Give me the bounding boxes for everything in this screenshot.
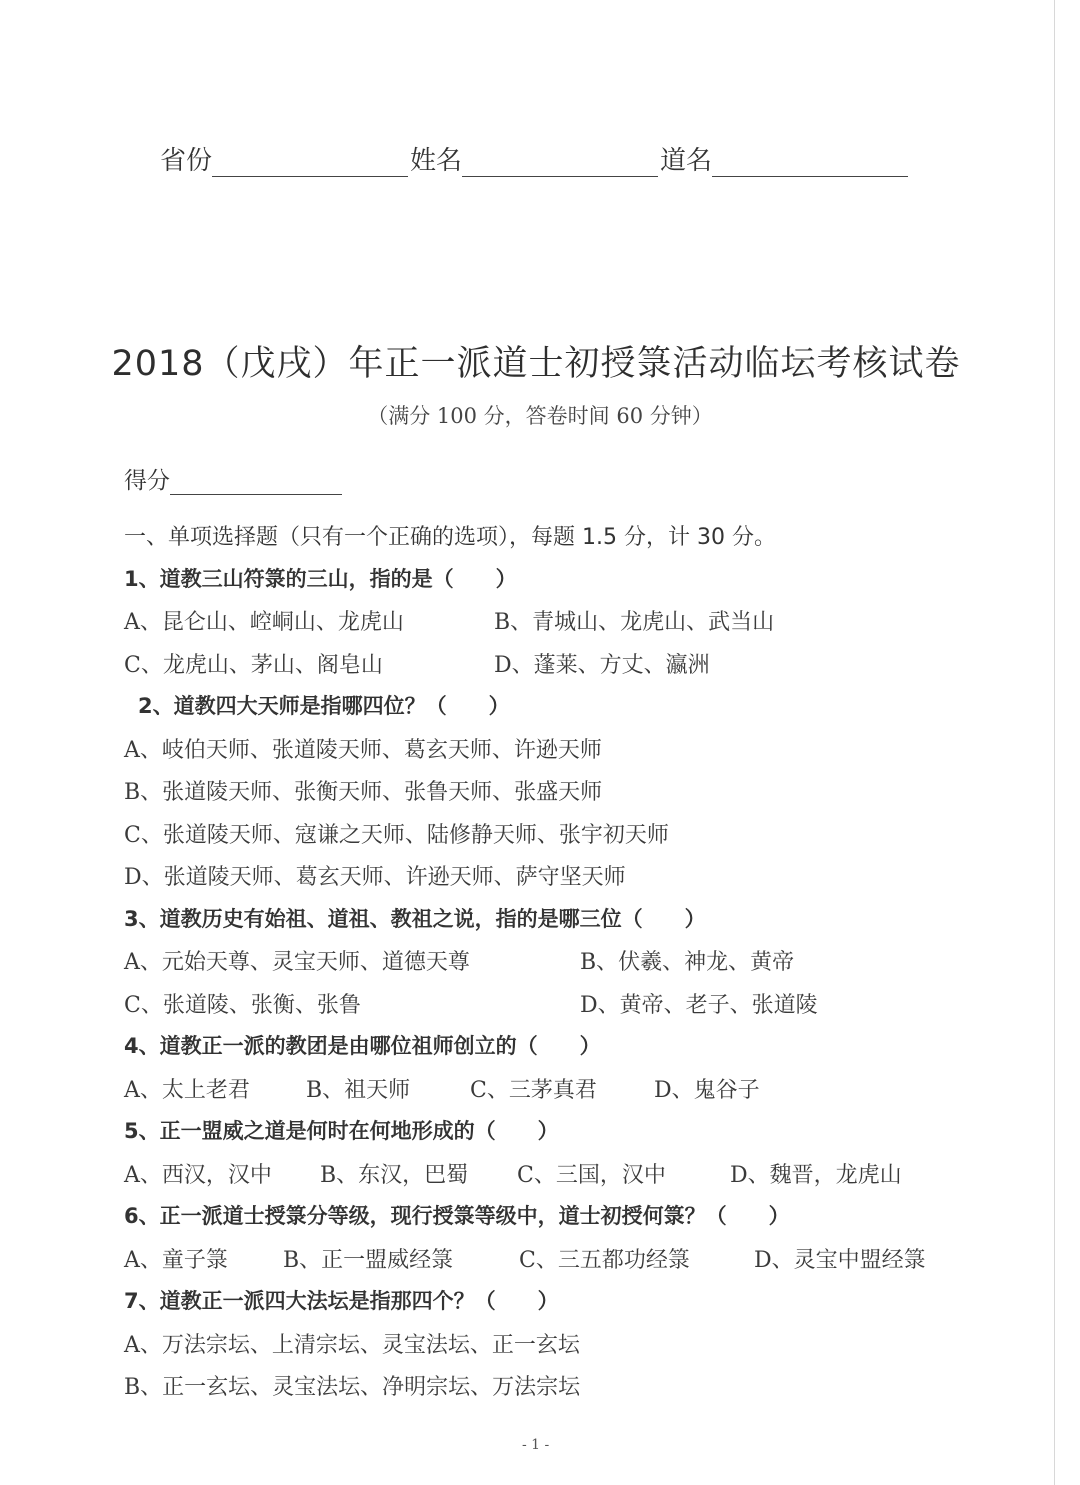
name-label: 姓名 bbox=[410, 140, 462, 177]
page-number: - 1 - bbox=[522, 1437, 549, 1453]
q5-option-b: B、东汉，巴蜀 bbox=[320, 1158, 468, 1189]
score-label: 得分 bbox=[124, 462, 170, 495]
q7-option-b: B、正一玄坛、灵宝法坛、净明宗坛、万法宗坛 bbox=[124, 1370, 580, 1401]
q7-option-a: A、万法宗坛、上清宗坛、灵宝法坛、正一玄坛 bbox=[124, 1328, 580, 1359]
dao-name-field[interactable] bbox=[712, 148, 908, 177]
question-1: 1、道教三山符箓的三山，指的是（ ） bbox=[124, 563, 517, 593]
question-7: 7、道教正一派四大法坛是指那四个？（ ） bbox=[124, 1285, 559, 1315]
page-title: 2018（戊戌）年正一派道士初授箓活动临坛考核试卷 bbox=[0, 336, 1072, 386]
q3-option-c: C、张道陵、张衡、张鲁 bbox=[124, 988, 361, 1019]
q1-option-b: B、青城山、龙虎山、武当山 bbox=[494, 605, 774, 636]
q1-option-a: A、昆仑山、崆峒山、龙虎山 bbox=[124, 605, 404, 636]
page-edge-line bbox=[1054, 0, 1055, 1485]
q5-option-d: D、魏晋，龙虎山 bbox=[730, 1158, 902, 1189]
exam-subtitle: （满分 100 分，答卷时间 60 分钟） bbox=[0, 400, 1080, 430]
q2-option-a: A、岐伯天师、张道陵天师、葛玄天师、许逊天师 bbox=[124, 733, 602, 764]
question-3: 3、道教历史有始祖、道祖、教祖之说，指的是哪三位（ ） bbox=[124, 903, 706, 933]
question-6: 6、正一派道士授箓分等级，现行授箓等级中，道士初授何箓？（ ） bbox=[124, 1200, 790, 1230]
name-field[interactable] bbox=[462, 148, 658, 177]
q4-option-b: B、祖天师 bbox=[306, 1073, 410, 1104]
question-2: 2、道教四大天师是指哪四位？（ ） bbox=[138, 690, 510, 720]
q5-option-a: A、西汉，汉中 bbox=[124, 1158, 272, 1189]
q2-option-b: B、张道陵天师、张衡天师、张鲁天师、张盛天师 bbox=[124, 775, 602, 806]
question-4: 4、道教正一派的教团是由哪位祖师创立的（ ） bbox=[124, 1030, 601, 1060]
q5-option-c: C、三国，汉中 bbox=[517, 1158, 666, 1189]
q3-option-d: D、黄帝、老子、张道陵 bbox=[580, 988, 818, 1019]
score-row: 得分 bbox=[124, 462, 344, 495]
dao-name-label: 道名 bbox=[660, 140, 712, 177]
q6-option-b: B、正一盟威经箓 bbox=[283, 1243, 453, 1274]
q3-option-a: A、元始天尊、灵宝天师、道德天尊 bbox=[124, 945, 470, 976]
q1-option-d: D、蓬莱、方丈、瀛洲 bbox=[494, 648, 710, 679]
q6-option-d: D、灵宝中盟经箓 bbox=[754, 1243, 926, 1274]
score-field[interactable] bbox=[170, 470, 342, 495]
q2-option-c: C、张道陵天师、寇谦之天师、陆修静天师、张宇初天师 bbox=[124, 818, 669, 849]
q2-option-d: D、张道陵天师、葛玄天师、许逊天师、萨守坚天师 bbox=[124, 860, 626, 891]
province-field[interactable] bbox=[212, 148, 408, 177]
header-fields: 省份 姓名 道名 bbox=[160, 140, 910, 177]
section-heading: 一、单项选择题（只有一个正确的选项），每题 1.5 分，计 30 分。 bbox=[124, 520, 776, 551]
province-label: 省份 bbox=[160, 140, 212, 177]
q3-option-b: B、伏羲、神龙、黄帝 bbox=[580, 945, 794, 976]
q4-option-a: A、太上老君 bbox=[124, 1073, 250, 1104]
q4-option-c: C、三茅真君 bbox=[470, 1073, 597, 1104]
question-5: 5、正一盟威之道是何时在何地形成的（ ） bbox=[124, 1115, 559, 1145]
q6-option-a: A、童子箓 bbox=[124, 1243, 228, 1274]
q6-option-c: C、三五都功经箓 bbox=[519, 1243, 690, 1274]
q1-option-c: C、龙虎山、茅山、阁皂山 bbox=[124, 648, 383, 679]
q4-option-d: D、鬼谷子 bbox=[654, 1073, 760, 1104]
